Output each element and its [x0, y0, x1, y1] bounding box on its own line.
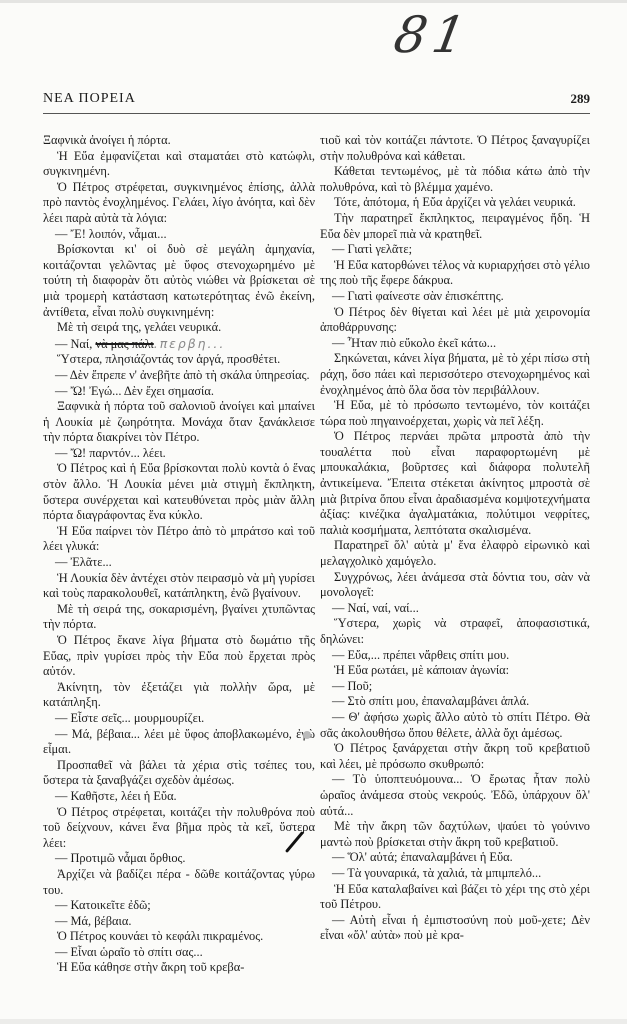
paragraph-text: Κάθεται τεντωμένος, μὲ τὰ πόδια κάτω ἀπὸ…: [320, 164, 590, 194]
paragraph: Ἡ Εὔα ἐμφανίζεται καὶ σταματάει στὸ κατώ…: [43, 149, 315, 180]
paragraph-text: Βρίσκονται κι' οἱ δυὸ σὲ μεγάλη ἀμηχανία…: [43, 242, 315, 318]
paragraph-text: — Εἶναι ὡραῖο τὸ σπίτι σας...: [55, 945, 203, 959]
paragraph: Κάθεται τεντωμένος, μὲ τὰ πόδια κάτω ἀπὸ…: [320, 164, 590, 195]
paragraph-text: — Προτιμῶ νἆμαι ὄρθιος.: [55, 851, 186, 865]
dialogue-line: — Ὤ! Ἐγώ... Δὲν ἔχει σημασία.: [43, 384, 315, 400]
paragraph: Ἡ Εὔα ρωτάει, μὲ κάποιαν ἀγωνία:: [320, 663, 590, 679]
dialogue-line: — Κατοικεῖτε ἐδῶ;: [43, 898, 315, 914]
handwritten-annotation: .περβη...: [154, 336, 226, 351]
paragraph-text: Σηκώνεται, κάνει λίγα βήματα, μὲ τὸ χέρι…: [320, 351, 590, 396]
paragraph-text: — Αὐτὴ εἶναι ἡ ἐμπιστοσύνη ποὺ μοῦ-χετε;…: [320, 913, 590, 943]
paragraph-text: — Εὔα,... πρέπει νἄρθεις σπίτι μου.: [332, 648, 509, 662]
paragraph: Ὕστερα, χωρὶς νὰ στραφεῖ, ἀποφασιστικά, …: [320, 616, 590, 647]
paragraph-text: Ὁ Πέτρος καὶ ἡ Εὔα βρίσκονται πολὺ κοντὰ…: [43, 461, 315, 522]
paragraph-text: — Ὤ! παρντόν... λέει.: [55, 446, 166, 460]
dialogue-line: — Ἦταν πιὸ εὔκολο ἐκεῖ κάτω...: [320, 336, 590, 352]
paragraph-text: Ἡ Λουκία δὲν ἀντέχει στὸν πειρασμὸ νὰ μὴ…: [43, 571, 315, 601]
dialogue-line: — Ποῦ;: [320, 679, 590, 695]
dialogue-line: — Καθῆστε, λέει ἡ Εὔα.: [43, 789, 315, 805]
paragraph-text: τιοῦ καὶ τὸν κοιτάζει πάντοτε. Ὁ Πέτρος …: [320, 133, 590, 163]
paragraph: Ὕστερα, πλησιάζοντάς τον ἀργά, προσθέτει…: [43, 352, 315, 368]
scan-top-edge: [0, 0, 627, 3]
paragraph-text: Ἡ Εὔα ρωτάει, μὲ κάποιαν ἀγωνία:: [334, 663, 509, 677]
paragraph-text: — Μά, βέβαια... λέει μὲ ὕφος ἀποβλακωμέν…: [43, 727, 315, 757]
dialogue-line: — Εὔα,... πρέπει νἄρθεις σπίτι μου.: [320, 648, 590, 664]
paragraph-text: — Ὅλ' αὐτά; ἐπαναλαμβάνει ἡ Εὔα.: [332, 850, 513, 864]
paragraph-text: — Θ' ἀφήσω χωρὶς ἄλλο αὐτὸ τὸ σπίτι Πέτρ…: [320, 710, 590, 740]
paragraph: Ὁ Πέτρος δὲν θίγεται καὶ λέει μὲ μιὰ χει…: [320, 305, 590, 336]
paragraph-text: — Τὰ γουναρικά, τὰ χαλιά, τὰ μπιμπελό...: [332, 866, 541, 880]
paragraph: Ὁ Πέτρος καὶ ἡ Εὔα βρίσκονται πολὺ κοντὰ…: [43, 461, 315, 523]
paragraph-text: — Τὸ ὑποπτευόμουνα... Ὁ ἔρωτας ἦταν πολὺ…: [320, 772, 590, 817]
paragraph-text: Τὴν παρατηρεῖ ἔκπληκτος, πειραγμένος ἤδη…: [320, 211, 590, 241]
scan-bottom-edge: [0, 1019, 627, 1024]
dialogue-line: — Δὲν ἔπρεπε ν' ἀνεβῆτε ἀπὸ τὴ σκάλα ὑπη…: [43, 368, 315, 384]
paragraph-text: — Κατοικεῖτε ἐδῶ;: [55, 898, 151, 912]
paragraph-text: — Γιατὶ γελᾶτε;: [332, 242, 412, 256]
paragraph-text: — Στὸ σπίτι μου, ἐπαναλαμβάνει ἁπλά.: [332, 694, 529, 708]
paragraph: Σηκώνεται, κάνει λίγα βήματα, μὲ τὸ χέρι…: [320, 351, 590, 398]
dialogue-line: — Ἐλᾶτε...: [43, 555, 315, 571]
dialogue-line: — Στὸ σπίτι μου, ἐπαναλαμβάνει ἁπλά.: [320, 694, 590, 710]
right-text-column: τιοῦ καὶ τὸν κοιτάζει πάντοτε. Ὁ Πέτρος …: [320, 133, 590, 944]
paragraph: Ἡ Λουκία δὲν ἀντέχει στὸν πειρασμὸ νὰ μὴ…: [43, 571, 315, 602]
paragraph-text: Ὁ Πέτρος ἔκανε λίγα βήματα στὸ δωμάτιο τ…: [43, 633, 315, 678]
dialogue-line: — Αὐτὴ εἶναι ἡ ἐμπιστοσύνη ποὺ μοῦ-χετε;…: [320, 913, 590, 944]
left-text-column: Ξαφνικὰ ἀνοίγει ἡ πόρτα.Ἡ Εὔα ἐμφανίζετα…: [43, 133, 315, 976]
paragraph: Ἡ Εὔα παίρνει τὸν Πέτρο ἀπὸ τὸ μπράτσο κ…: [43, 524, 315, 555]
paragraph: Βρίσκονται κι' οἱ δυὸ σὲ μεγάλη ἀμηχανία…: [43, 242, 315, 320]
paragraph: Προσπαθεῖ νὰ βάλει τὰ χέρια στὶς τσέπες …: [43, 758, 315, 789]
paragraph-text: Ὕστερα, χωρὶς νὰ στραφεῖ, ἀποφασιστικά, …: [320, 616, 590, 646]
paragraph: Ὁ Πέτρος ξανάρχεται στὴν ἄκρη τοῦ κρεβατ…: [320, 741, 590, 772]
paragraph: Συγχρόνως, λέει ἀνάμεσα στὰ δόντια του, …: [320, 570, 590, 601]
paragraph-text: Ἡ Εὔα κάθησε στὴν ἄκρη τοῦ κρεβα-: [57, 960, 244, 974]
paragraph: Ὁ Πέτρος κουνάει τὸ κεφάλι πικραμένος.: [43, 929, 315, 945]
dialogue-line: — Εἶναι ὡραῖο τὸ σπίτι σας...: [43, 945, 315, 961]
paragraph: Ξαφνικὰ ἡ πόρτα τοῦ σαλονιοῦ ἀνοίγει καὶ…: [43, 399, 315, 446]
paragraph-text: Ὁ Πέτρος ξανάρχεται στὴν ἄκρη τοῦ κρεβατ…: [320, 741, 590, 771]
ink-smudge: [303, 731, 311, 739]
paragraph-text: Μὲ τὴ σειρά της, γελάει νευρικά.: [57, 320, 221, 334]
dialogue-line: — Μά, βέβαια.: [43, 914, 315, 930]
paragraph: Μὲ τὴ σειρά της, γελάει νευρικά.: [43, 320, 315, 336]
struck-through-text: νὰ μας πάλι: [95, 337, 153, 351]
paragraph-text: Ξαφνικὰ ἀνοίγει ἡ πόρτα.: [43, 133, 171, 147]
paragraph-text: — Καθῆστε, λέει ἡ Εὔα.: [55, 789, 177, 803]
paragraph: Ὁ Πέτρος στρέφεται, κοιτάζει τὴν πολυθρό…: [43, 805, 315, 852]
dialogue-line: — Ὅλ' αὐτά; ἐπαναλαμβάνει ἡ Εὔα.: [320, 850, 590, 866]
paragraph: Ἀρχίζει νὰ βαδίζει πέρα - δῶθε κοιτάζοντ…: [43, 867, 315, 898]
paragraph-text: Τότε, ἀπότομα, ἡ Εὔα ἀρχίζει νὰ γελάει ν…: [334, 195, 576, 209]
dialogue-line: — Θ' ἀφήσω χωρὶς ἄλλο αὐτὸ τὸ σπίτι Πέτρ…: [320, 710, 590, 741]
paragraph-text: Ἡ Εὔα ἐμφανίζεται καὶ σταματάει στὸ κατώ…: [43, 149, 315, 179]
paragraph-text: Μὲ τὴν ἄκρη τῶν δαχτύλων, ψαύει τὸ γούνι…: [320, 819, 590, 849]
paragraph: Ἡ Εὔα κατορθώνει τέλος νὰ κυριαρχήσει στ…: [320, 258, 590, 289]
paragraph-text: — Δὲν ἔπρεπε ν' ἀνεβῆτε ἀπὸ τὴ σκάλα ὑπη…: [55, 368, 310, 382]
paragraph: Ἡ Εὔα, μὲ τὸ πρόσωπο τεντωμένο, τὸν κοιτ…: [320, 398, 590, 429]
paragraph-text: Ἡ Εὔα παίρνει τὸν Πέτρο ἀπὸ τὸ μπράτσο κ…: [43, 524, 315, 554]
paragraph-text: Ἡ Εὔα καταλαβαίνει καὶ βάζει τὸ χέρι της…: [320, 882, 590, 912]
paragraph: Ἡ Εὔα κάθησε στὴν ἄκρη τοῦ κρεβα-: [43, 960, 315, 976]
paragraph-text: — Ἐλᾶτε...: [55, 555, 112, 569]
paragraph: Ὁ Πέτρος περνάει πρῶτα μπροστὰ ἀπὸ τὴν τ…: [320, 429, 590, 538]
dialogue-line: — Γιατὶ γελᾶτε;: [320, 242, 590, 258]
paragraph: Ἡ Εὔα καταλαβαίνει καὶ βάζει τὸ χέρι της…: [320, 882, 590, 913]
paragraph-text: — Ναί, ναί, ναί...: [332, 601, 419, 615]
paragraph-text: Ὁ Πέτρος δὲν θίγεται καὶ λέει μὲ μιὰ χει…: [320, 305, 590, 335]
dialogue-line: — Ἔ! λοιπόν, νἆμαι...: [43, 227, 315, 243]
paragraph-text: — Ἦταν πιὸ εὔκολο ἐκεῖ κάτω...: [332, 336, 496, 350]
paragraph-text: — Ναί,: [55, 337, 95, 351]
running-title: ΝΕΑ ΠΟΡΕΙΑ: [43, 91, 136, 107]
paragraph-text: Μὲ τὴ σειρά της, σοκαρισμένη, βγαίνει χτ…: [43, 602, 315, 632]
dialogue-line: — Εἶστε σεῖς... μουρμουρίζει.: [43, 711, 315, 727]
paragraph-text: Ἀρχίζει νὰ βαδίζει πέρα - δῶθε κοιτάζοντ…: [43, 867, 315, 897]
paragraph: Ὁ Πέτρος στρέφεται, συγκινημένος ἐπίσης,…: [43, 180, 315, 227]
paragraph-text: — Εἶστε σεῖς... μουρμουρίζει.: [55, 711, 204, 725]
paragraph-text: — Ἔ! λοιπόν, νἆμαι...: [55, 227, 167, 241]
paragraph-text: Ὁ Πέτρος στρέφεται, συγκινημένος ἐπίσης,…: [43, 180, 315, 225]
paragraph-text: Συγχρόνως, λέει ἀνάμεσα στὰ δόντια του, …: [320, 570, 590, 600]
dialogue-line: — Μά, βέβαια... λέει μὲ ὕφος ἀποβλακωμέν…: [43, 727, 315, 758]
dialogue-line: — Τὰ γουναρικά, τὰ χαλιά, τὰ μπιμπελό...: [320, 866, 590, 882]
paragraph-text: Προσπαθεῖ νὰ βάλει τὰ χέρια στὶς τσέπες …: [43, 758, 315, 788]
paragraph-text: Ἀκίνητη, τὸν ἐξετάζει γιὰ πολλὴν ὥρα, μὲ…: [43, 680, 315, 710]
paragraph-text: Παρατηρεῖ ὅλ' αὐτὰ μ' ἕνα ἐλαφρὸ εἰρωνικ…: [320, 538, 590, 568]
paragraph-text: Ὁ Πέτρος κουνάει τὸ κεφάλι πικραμένος.: [57, 929, 263, 943]
paragraph-text: — Γιατὶ φαίνεστε σὰν ἐπισκέπτης.: [332, 289, 504, 303]
paragraph-text: Ἡ Εὔα κατορθώνει τέλος νὰ κυριαρχήσει στ…: [320, 258, 590, 288]
paragraph-text: Ἡ Εὔα, μὲ τὸ πρόσωπο τεντωμένο, τὸν κοιτ…: [320, 398, 590, 428]
running-head: ΝΕΑ ΠΟΡΕΙΑ 289: [43, 85, 590, 114]
paragraph: Ὁ Πέτρος ἔκανε λίγα βήματα στὸ δωμάτιο τ…: [43, 633, 315, 680]
paragraph-text: — Ὤ! Ἐγώ... Δὲν ἔχει σημασία.: [55, 384, 214, 398]
paragraph: Τότε, ἀπότομα, ἡ Εὔα ἀρχίζει νὰ γελάει ν…: [320, 195, 590, 211]
handwritten-folio-number: 81: [390, 6, 476, 64]
dialogue-line: — Γιατὶ φαίνεστε σὰν ἐπισκέπτης.: [320, 289, 590, 305]
page-number: 289: [571, 91, 591, 107]
dialogue-line: — Τὸ ὑποπτευόμουνα... Ὁ ἔρωτας ἦταν πολὺ…: [320, 772, 590, 819]
dialogue-line: — Ναί, νὰ μας πάλι.περβη...: [43, 336, 315, 353]
dialogue-line: — Ὤ! παρντόν... λέει.: [43, 446, 315, 462]
paragraph: τιοῦ καὶ τὸν κοιτάζει πάντοτε. Ὁ Πέτρος …: [320, 133, 590, 164]
paragraph: Ξαφνικὰ ἀνοίγει ἡ πόρτα.: [43, 133, 315, 149]
dialogue-line: — Προτιμῶ νἆμαι ὄρθιος.: [43, 851, 315, 867]
paragraph-text: Ὁ Πέτρος περνάει πρῶτα μπροστὰ ἀπὸ τὴν τ…: [320, 429, 590, 537]
dialogue-line: — Ναί, ναί, ναί...: [320, 601, 590, 617]
paragraph: Παρατηρεῖ ὅλ' αὐτὰ μ' ἕνα ἐλαφρὸ εἰρωνικ…: [320, 538, 590, 569]
paragraph-text: Ὁ Πέτρος στρέφεται, κοιτάζει τὴν πολυθρό…: [43, 805, 315, 850]
paragraph-text: Ὕστερα, πλησιάζοντάς τον ἀργά, προσθέτει…: [57, 352, 280, 366]
paragraph-text: — Μά, βέβαια.: [55, 914, 131, 928]
paragraph: Τὴν παρατηρεῖ ἔκπληκτος, πειραγμένος ἤδη…: [320, 211, 590, 242]
paragraph-text: — Ποῦ;: [332, 679, 372, 693]
paragraph: Μὲ τὴν ἄκρη τῶν δαχτύλων, ψαύει τὸ γούνι…: [320, 819, 590, 850]
paragraph-text: Ξαφνικὰ ἡ πόρτα τοῦ σαλονιοῦ ἀνοίγει καὶ…: [43, 399, 315, 444]
paragraph: Μὲ τὴ σειρά της, σοκαρισμένη, βγαίνει χτ…: [43, 602, 315, 633]
paragraph: Ἀκίνητη, τὸν ἐξετάζει γιὰ πολλὴν ὥρα, μὲ…: [43, 680, 315, 711]
